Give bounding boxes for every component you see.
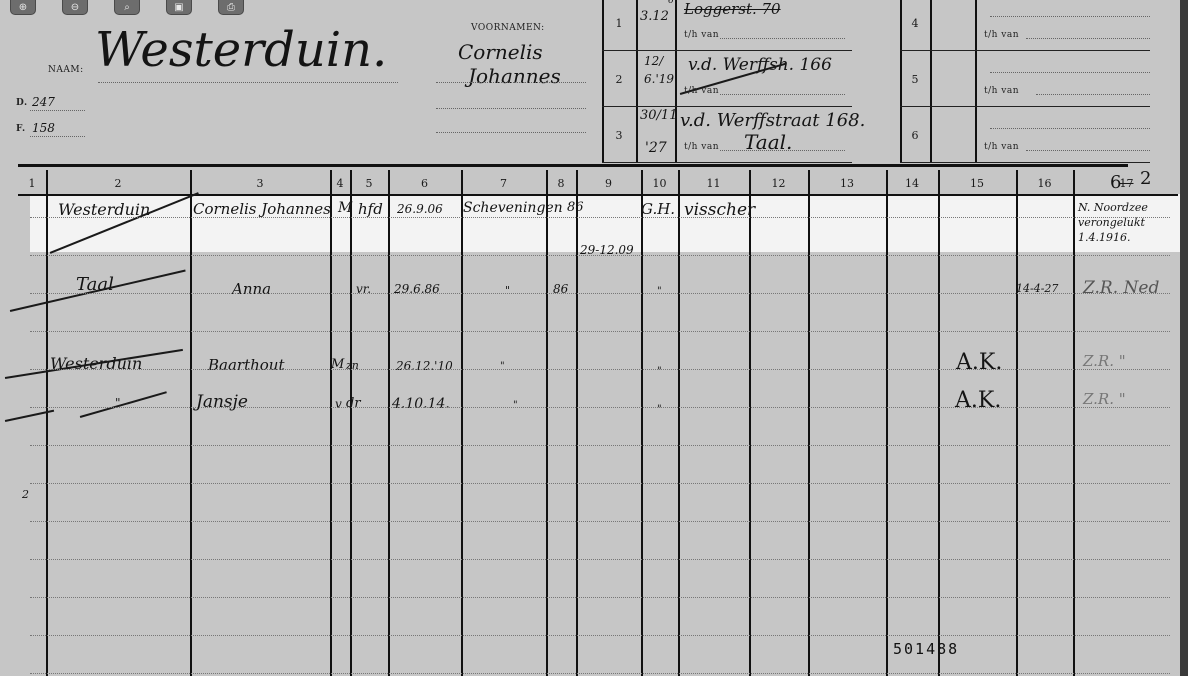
cell-col17: Z.R. "	[1083, 390, 1126, 408]
address-date-1: 3.12	[640, 9, 669, 24]
voornamen-line2: Johannes	[468, 64, 561, 88]
cell-birthdate: 26.12.'10	[396, 359, 453, 373]
column-header-13: 13	[808, 177, 886, 190]
th-van-dots-3	[720, 150, 845, 151]
column-header-8: 8	[546, 177, 576, 190]
column-header-6: 6	[388, 177, 461, 190]
zoom-fit-icon[interactable]: ⌕	[114, 0, 140, 15]
column-header-7: 7	[461, 177, 546, 190]
column-header-5: 5	[350, 177, 388, 190]
registration-card: ⊕ ⊖ ⌕ ▣ ⎙ NAAM: Westerduin. D. 247 F. 15…	[0, 0, 1188, 676]
zoom-in-icon[interactable]: ⊕	[10, 0, 36, 15]
column-header-2: 2	[46, 177, 190, 190]
cell-birthdate: 26.9.06	[397, 202, 443, 216]
cell-birthplace: "	[513, 400, 518, 411]
addr-dots-4	[990, 16, 1150, 17]
cell-given-name: Baarthout	[208, 356, 285, 374]
th-van-label-5: t/h van	[984, 86, 1019, 96]
address-date-3: '27	[645, 140, 667, 156]
col17-note: 6	[1110, 172, 1121, 193]
th-van-label-2: t/h van	[684, 86, 719, 96]
naam-label: NAAM:	[48, 65, 84, 75]
address-street-2: v.d. Werffsh. 166	[688, 55, 832, 75]
surname-value: Westerduin.	[95, 22, 387, 78]
th-van-label-3: t/h van	[684, 142, 719, 152]
strike-row-4	[80, 391, 167, 417]
address-street-3: v.d. Werffstraat 168.	[680, 110, 865, 131]
cell-col15: A.K.	[956, 350, 1002, 375]
cell-given-name: Cornelis Johannes	[193, 200, 331, 218]
naam-dotted-line	[98, 82, 398, 83]
column-header-16: 16	[1016, 177, 1073, 190]
address-num-3: 3	[609, 129, 629, 142]
header-separator	[18, 164, 1128, 167]
corner-note: 2	[1140, 168, 1151, 189]
voornamen-dotted-1	[436, 82, 586, 83]
cell-col17: N. Noordzee verongelukt 1.4.1916.	[1078, 200, 1178, 245]
address-num-4: 4	[905, 17, 925, 30]
th-van-dots-5	[1036, 94, 1150, 95]
column-header-15: 15	[938, 177, 1016, 190]
cell-relation: zn	[346, 359, 359, 372]
column-header-9: 9	[576, 177, 641, 190]
th-van-label-1: t/h van	[684, 30, 719, 40]
cell-col10: "	[657, 366, 662, 377]
cell-col8: 86	[567, 200, 584, 215]
cell-relation: hfd	[358, 200, 383, 218]
address-date-2: 6.'19	[644, 72, 674, 86]
margin-note: 2	[22, 488, 29, 501]
f-value: 158	[32, 121, 55, 135]
cell-col15: A.K.	[955, 388, 1001, 413]
voornamen-dotted-3	[436, 132, 586, 133]
d-label: D.	[16, 98, 28, 108]
address-date-top-3: 30/11	[640, 108, 677, 123]
addr-dots-5	[990, 72, 1150, 73]
cell-birthplace: "	[505, 284, 510, 297]
th-van-label-6: t/h van	[984, 142, 1019, 152]
addr-dots-6	[990, 128, 1150, 129]
column-header-3: 3	[190, 177, 330, 190]
cell-given-name: Anna	[232, 280, 271, 298]
th-van-dots-6	[1026, 150, 1150, 151]
voornamen-line1: Cornelis	[458, 40, 543, 64]
cell-birthplace: Scheveningen	[463, 200, 563, 216]
column-header-1: 1	[18, 177, 46, 190]
cell-sex: v	[335, 397, 342, 411]
address-num-5: 5	[905, 73, 925, 86]
address-num-6: 6	[905, 129, 925, 142]
column-header-11: 11	[678, 177, 749, 190]
cell-sex: M	[338, 200, 352, 216]
address-num-1: 1	[609, 17, 629, 30]
th-van-dots-1	[720, 38, 845, 39]
d-dotted-line	[30, 110, 85, 111]
column-header-14: 14	[886, 177, 938, 190]
print-icon[interactable]: ⎙	[218, 0, 244, 15]
column-header-12: 12	[749, 177, 808, 190]
save-icon[interactable]: ▣	[166, 0, 192, 15]
cell-birthplace: "	[500, 361, 505, 372]
address-date-top-1: 6	[668, 0, 674, 6]
zoom-out-icon[interactable]: ⊖	[62, 0, 88, 15]
d-value: 247	[32, 95, 55, 109]
cell-col17: Z.R. Ned	[1083, 278, 1159, 298]
th-van-label-4: t/h van	[984, 30, 1019, 40]
voornamen-label: VOORNAMEN:	[471, 23, 545, 33]
f-label: F.	[16, 124, 26, 134]
cell-col10: "	[657, 404, 662, 415]
cell-relation: dr	[346, 396, 361, 411]
cell-col10: G.H.	[641, 200, 675, 218]
column-header-17: 17	[1073, 177, 1180, 190]
voornamen-dotted-2	[436, 108, 586, 109]
cell-col10: "	[657, 286, 662, 297]
column-header-10: 10	[641, 177, 678, 190]
page-edge	[1180, 0, 1188, 676]
address-street-1: Loggerst. 70	[684, 0, 781, 18]
cell-given-name: Jansje	[196, 392, 248, 412]
viewer-toolbar: ⊕ ⊖ ⌕ ▣ ⎙	[10, 0, 244, 14]
th-van-dots-2	[720, 94, 845, 95]
f-dotted-line	[30, 136, 85, 137]
archive-stamp-number: 501488	[893, 640, 959, 658]
th-van-dots-4	[1026, 38, 1150, 39]
cell-col17: Z.R. "	[1083, 352, 1126, 370]
cell-birthdate: 4.10.14.	[392, 396, 450, 412]
address-num-2: 2	[609, 73, 629, 86]
address-date-top-2: 12/	[644, 54, 663, 68]
column-header-4: 4	[330, 177, 350, 190]
